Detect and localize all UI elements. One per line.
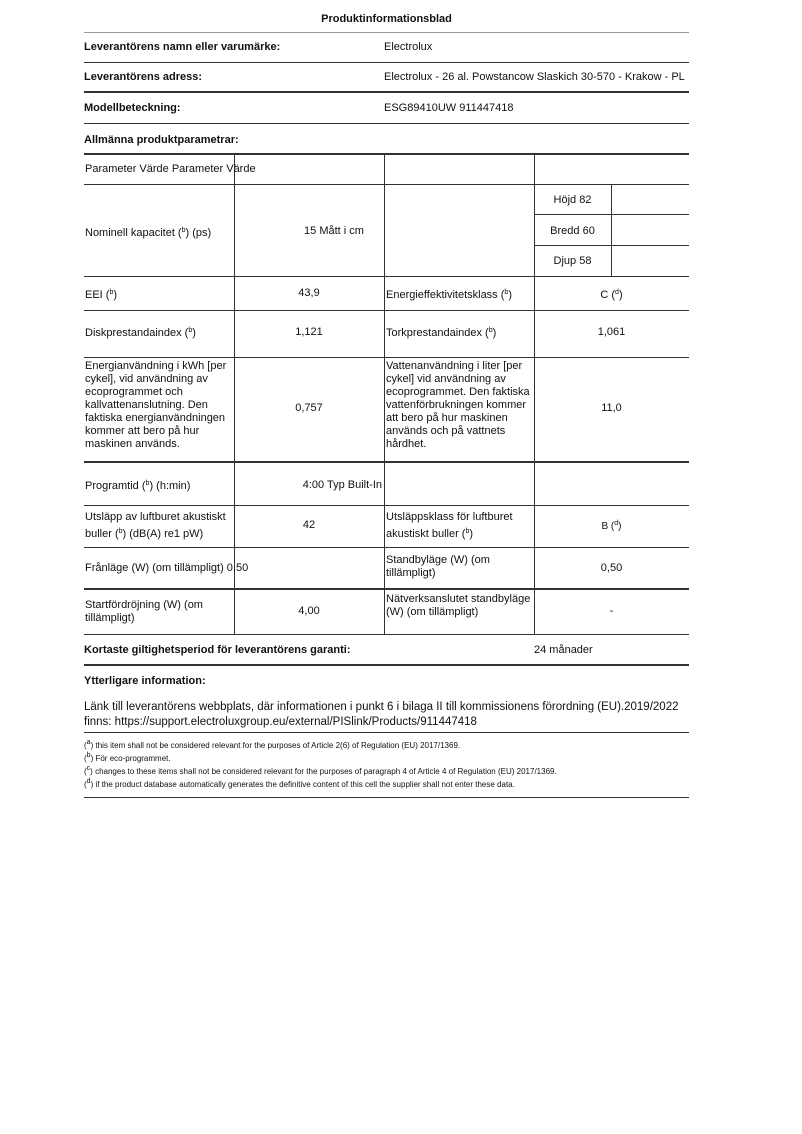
supplier-address-label: Leverantörens adress: (84, 70, 202, 84)
divider (84, 123, 689, 124)
supplier-name-value: Electrolux (384, 40, 432, 54)
row-divider (84, 357, 689, 358)
divider (84, 664, 689, 666)
supplier-name-label: Leverantörens namn eller varumärke: (84, 40, 280, 54)
divider (84, 153, 689, 155)
supplier-website-text-line1: Länk till leverantörens webbplats, där i… (84, 699, 679, 715)
noise-class-label-line2: akustiskt buller (b) (386, 527, 473, 541)
supplier-address-value: Electrolux - 26 al. Powstancow Slaskich … (384, 70, 685, 84)
divider (84, 797, 689, 798)
cleaning-index-label: Diskprestandaindex (b) (85, 326, 196, 340)
divider (84, 91, 689, 93)
supplier-website-link[interactable]: finns: https://support.electroluxgroup.e… (84, 714, 477, 730)
row-divider (84, 461, 689, 463)
networked-standby-value: - (534, 604, 689, 618)
dimension-width: Bredd 60 (534, 224, 611, 238)
energy-class-value: C (d) (534, 288, 689, 302)
off-mode-label: Frånläge (W) (om tillämpligt) 0,50 (85, 561, 248, 575)
standby-value: 0,50 (534, 561, 689, 575)
standby-label: Standbyläge (W) (om tillämpligt) (386, 554, 533, 580)
noise-label-line1: Utsläpp av luftburet akustiskt (85, 510, 226, 524)
eei-label: EEI (b) (85, 288, 117, 302)
dimension-depth: Djup 58 (534, 254, 611, 268)
model-label: Modellbeteckning: (84, 101, 181, 115)
energy-use-value: 0,757 (234, 401, 384, 415)
footnotes: (a) this item shall not be considered re… (84, 741, 689, 790)
noise-class-value: B (d) (534, 520, 689, 534)
footnote-a: (a) this item shall not be considered re… (84, 741, 689, 751)
energy-use-label: Energianvändning i kWh [per cykel], vid … (85, 360, 232, 451)
divider (84, 32, 689, 33)
column-divider (611, 184, 612, 276)
additional-info-label: Ytterligare information: (84, 674, 206, 688)
delay-start-label: Startfördröjning (W) (om tillämpligt) (85, 599, 232, 625)
row-divider (84, 505, 689, 506)
row-divider (84, 588, 689, 590)
table-header: Parameter Värde Parameter Värde (85, 162, 256, 176)
footnote-b: (b) För eco-programmet. (84, 754, 689, 764)
guarantee-value: 24 månader (534, 643, 593, 657)
divider (84, 732, 689, 733)
row-divider (84, 547, 689, 548)
capacity-value: 15 Mått i cm (234, 224, 434, 238)
row-divider (84, 184, 689, 185)
water-use-label: Vattenanvändning i liter [per cykel] vid… (386, 360, 533, 451)
water-use-value: 11,0 (534, 401, 689, 415)
footnote-d: (d) if the product database automaticall… (84, 780, 689, 790)
program-time-label: Programtid (b) (h:min) (85, 479, 190, 493)
drying-index-label: Torkprestandaindex (b) (386, 326, 496, 340)
eei-value: 43,9 (234, 286, 384, 300)
row-divider (84, 310, 689, 311)
dimension-height: Höjd 82 (534, 193, 611, 207)
footnote-c: (c) changes to these items shall not be … (84, 767, 689, 777)
page-title: Produktinformationsblad (84, 12, 689, 26)
divider (84, 62, 689, 63)
general-params-label: Allmänna produktparametrar: (84, 133, 239, 147)
drying-index-value: 1,061 (534, 325, 689, 339)
row-divider (534, 214, 689, 215)
energy-class-label: Energieffektivitetsklass (b) (386, 288, 512, 302)
noise-class-label-line1: Utsläppsklass för luftburet (386, 510, 513, 524)
delay-start-value: 4,00 (234, 604, 384, 618)
noise-label-line2: buller (b) (dB(A) re1 pW) (85, 527, 203, 541)
noise-value: 42 (234, 518, 384, 532)
row-divider (84, 634, 689, 635)
guarantee-label: Kortaste giltighetsperiod för leverantör… (84, 643, 351, 657)
cleaning-index-value: 1,121 (234, 325, 384, 339)
networked-standby-label: Nätverksanslutet standbyläge (W) (om til… (386, 593, 533, 619)
row-divider (84, 276, 689, 277)
program-time-value: 4:00 Typ Built-In (303, 478, 382, 492)
model-value: ESG89410UW 911447418 (384, 101, 513, 115)
capacity-label: Nominell kapacitet (b) (ps) (85, 226, 211, 240)
row-divider (534, 245, 689, 246)
